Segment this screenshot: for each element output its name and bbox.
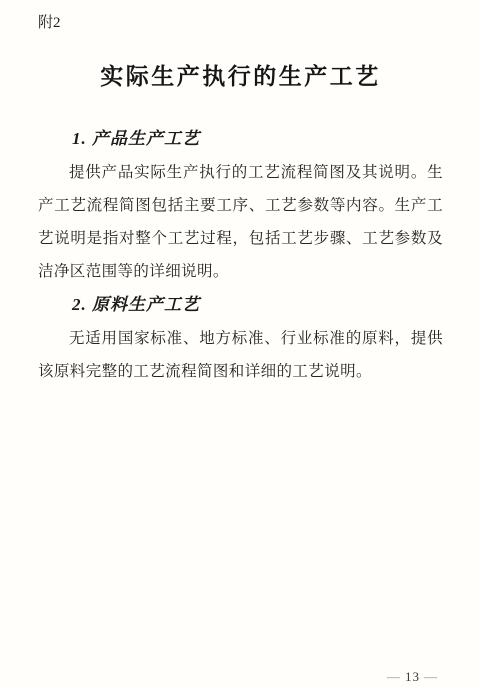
page-number-value: 13 xyxy=(401,669,424,684)
section-2-heading: 2. 原料生产工艺 xyxy=(38,293,443,317)
document-page: 附2 实际生产执行的生产工艺 1. 产品生产工艺 提供产品实际生产执行的工艺流程… xyxy=(0,0,480,690)
page-number: —13— xyxy=(387,669,438,685)
section-1-body: 提供产品实际生产执行的工艺流程简图及其说明。生产工艺流程简图包括主要工序、工艺参… xyxy=(38,156,443,288)
page-title: 实际生产执行的生产工艺 xyxy=(38,63,443,91)
section-product-process: 1. 产品生产工艺 提供产品实际生产执行的工艺流程简图及其说明。生产工艺流程简图… xyxy=(38,127,443,288)
page-number-dash-right: — xyxy=(424,669,438,684)
section-2-body: 无适用国家标准、地方标准、行业标准的原料，提供该原料完整的工艺流程简图和详细的工… xyxy=(38,322,443,388)
page-number-dash-left: — xyxy=(387,669,401,684)
section-raw-material-process: 2. 原料生产工艺 无适用国家标准、地方标准、行业标准的原料，提供该原料完整的工… xyxy=(38,293,443,388)
attachment-label: 附2 xyxy=(38,13,443,33)
section-1-heading: 1. 产品生产工艺 xyxy=(38,127,443,151)
